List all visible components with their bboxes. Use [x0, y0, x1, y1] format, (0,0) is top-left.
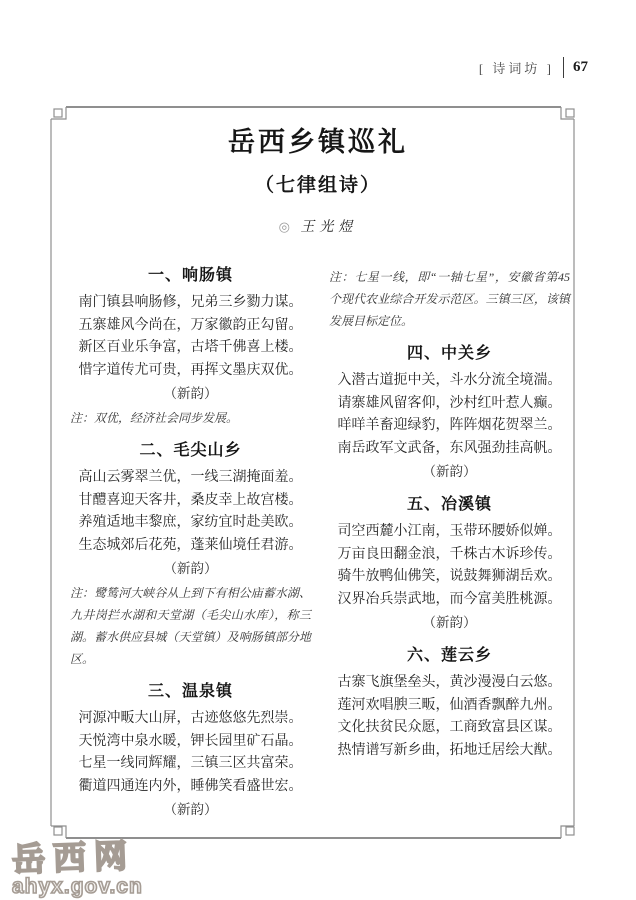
verse-line: 咩咩羊畜迎绿豹，阵阵烟花贺翠兰。	[329, 415, 570, 438]
watermark-site-url: ahyx.gov.cn	[12, 876, 143, 897]
poem-title: 三、温泉镇	[70, 680, 311, 704]
verse-line: 莲河欢唱腴三畈，仙酒香飘醉九州。	[329, 695, 570, 718]
poem-title: 一、响肠镇	[70, 264, 311, 288]
rhyme-note: （新韵）	[70, 382, 311, 405]
section-label: [ 诗词坊 ]	[479, 58, 554, 77]
verse-line: 入潜古道扼中关，斗水分流全境湍。	[329, 370, 570, 393]
verse-line: 汉界冶兵崇武地，而今富美胜桃源。	[329, 589, 570, 612]
poem-title: 五、冶溪镇	[329, 493, 570, 517]
site-watermark: 岳西网 ahyx.gov.cn	[12, 841, 143, 897]
page-header: [ 诗词坊 ] 67	[479, 57, 588, 78]
verse-line: 请寨雄风留客仰，沙村红叶惹人癫。	[329, 393, 570, 416]
rhyme-note: （新韵）	[329, 460, 570, 483]
footnote: 注：鹭鸶河大峡谷从上到下有相公庙蓄水湖、九井岗拦水湖和天堂湖（毛尖山水库），称三…	[70, 582, 311, 670]
poem-wenquan-town: 三、温泉镇 河源冲畈大山屏，古迹悠悠先烈崇。 天悦湾中泉水暖，钾长园里矿石晶。 …	[70, 680, 311, 821]
title-block: 岳西乡镇巡礼 （七律组诗） ◎ 王光煜	[0, 120, 636, 236]
verse-line: 司空西麓小江南，玉带环腰娇似婵。	[329, 521, 570, 544]
footnote: 注：双优，经济社会同步发展。	[70, 407, 311, 429]
author-marker-icon: ◎	[279, 219, 290, 234]
article-subtitle: （七律组诗）	[0, 170, 636, 197]
poem-xiangchang-town: 一、响肠镇 南门镇县响肠修，兄弟三乡勠力谋。 五寨雄风今尚在，万家徽韵正勾留。 …	[70, 264, 311, 405]
poem-title: 四、中关乡	[329, 342, 570, 366]
poem-yexi-town: 五、冶溪镇 司空西麓小江南，玉带环腰娇似婵。 万亩良田翻金浪，千株古木诉珍传。 …	[329, 493, 570, 634]
verse-line: 文化扶贫民众愿，工商致富县区谋。	[329, 717, 570, 740]
verse-line: 甘醴喜迎天客井，桑皮幸上故宫楼。	[70, 490, 311, 513]
verse-line: 生态城郊后花苑，蓬莱仙境任君游。	[70, 535, 311, 558]
verse-line: 惜字道传尤可贵，再挥文墨庆双优。	[70, 360, 311, 383]
verse-line: 古寨飞旗堡垒头，黄沙漫漫白云悠。	[329, 672, 570, 695]
verse-line: 河源冲畈大山屏，古迹悠悠先烈崇。	[70, 708, 311, 731]
header-divider	[563, 57, 564, 78]
verse-line: 五寨雄风今尚在，万家徽韵正勾留。	[70, 315, 311, 338]
rhyme-note: （新韵）	[70, 557, 311, 580]
verse-line: 南岳政军文武备，东风强劲挂高帆。	[329, 438, 570, 461]
watermark-site-name: 岳西网	[11, 839, 135, 876]
poem-zhongguan-township: 四、中关乡 入潜古道扼中关，斗水分流全境湍。 请寨雄风留客仰，沙村红叶惹人癫。 …	[329, 342, 570, 483]
poem-title: 二、毛尖山乡	[70, 439, 311, 463]
author-line: ◎ 王光煜	[0, 216, 636, 236]
verse-line: 高山云雾翠兰优，一线三湖掩面羞。	[70, 467, 311, 490]
page-number: 67	[573, 59, 588, 76]
poem-maojianshan-township: 二、毛尖山乡 高山云雾翠兰优，一线三湖掩面羞。 甘醴喜迎天客井，桑皮幸上故宫楼。…	[70, 439, 311, 580]
verse-line: 天悦湾中泉水暖，钾长园里矿石晶。	[70, 731, 311, 754]
footnote: 注：七星一线，即“一轴七星”，安徽省第45个现代农业综合开发示范区。三镇三区，该…	[329, 266, 570, 332]
poem-columns: 一、响肠镇 南门镇县响肠修，兄弟三乡勠力谋。 五寨雄风今尚在，万家徽韵正勾留。 …	[70, 252, 570, 821]
article-title: 岳西乡镇巡礼	[0, 120, 636, 159]
rhyme-note: （新韵）	[329, 611, 570, 634]
poem-title: 六、莲云乡	[329, 644, 570, 668]
magazine-page: [ 诗词坊 ] 67 岳西乡镇巡礼 （七律组诗） ◎ 王光煜	[0, 0, 636, 900]
rhyme-note: （新韵）	[70, 798, 311, 821]
verse-line: 新区百业乐争富，古塔千佛喜上楼。	[70, 337, 311, 360]
right-column: 注：七星一线，即“一轴七星”，安徽省第45个现代农业综合开发示范区。三镇三区，该…	[329, 252, 570, 821]
verse-line: 七星一线同辉耀，三镇三区共富荣。	[70, 753, 311, 776]
poem-lianyun-township: 六、莲云乡 古寨飞旗堡垒头，黄沙漫漫白云悠。 莲河欢唱腴三畈，仙酒香飘醉九州。 …	[329, 644, 570, 762]
author-name: 王光煜	[300, 220, 357, 235]
left-column: 一、响肠镇 南门镇县响肠修，兄弟三乡勠力谋。 五寨雄风今尚在，万家徽韵正勾留。 …	[70, 252, 311, 821]
verse-line: 骑牛放鸭仙佛笑，说鼓舞狮湖岳欢。	[329, 566, 570, 589]
verse-line: 热情谱写新乡曲，拓地迁居绘大猷。	[329, 740, 570, 763]
verse-line: 衢道四通连内外，睡佛笑看盛世宏。	[70, 776, 311, 799]
verse-line: 养殖适地丰黎庶，家纺宜时赴美欧。	[70, 512, 311, 535]
verse-line: 南门镇县响肠修，兄弟三乡勠力谋。	[70, 292, 311, 315]
verse-line: 万亩良田翻金浪，千株古木诉珍传。	[329, 544, 570, 567]
